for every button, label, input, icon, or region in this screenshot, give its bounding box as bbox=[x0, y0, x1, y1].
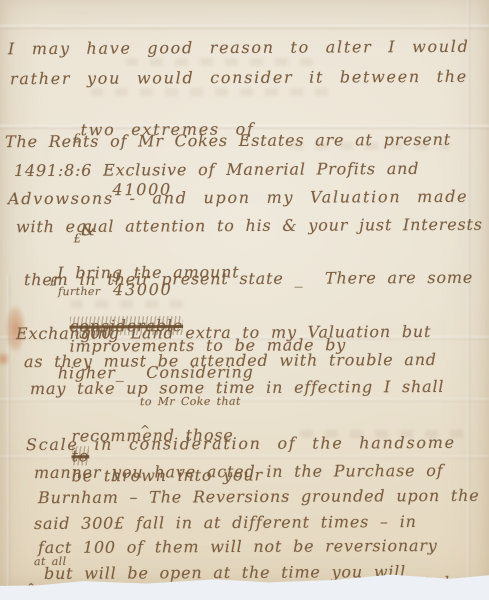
letter-line-20: but will be open at the time you will bbox=[44, 562, 406, 584]
letter-line-6: Advowsons - and upon my Valuation made bbox=[8, 187, 468, 209]
letter-line-18: said 300£ fall in at different times – i… bbox=[34, 512, 417, 534]
letter-line-19: fact 100 of them will not be reversionar… bbox=[38, 536, 438, 558]
letter-line-4: The Rents of Mr Cokes Estates are at pre… bbox=[5, 130, 451, 152]
letter-line-7: with equal attention to his & your just … bbox=[16, 215, 483, 237]
catchword-take: take bbox=[424, 573, 467, 593]
letter-line-2: rather you would consider it between the bbox=[10, 67, 468, 89]
letter-line-5: 1491:8:6 Exclusive of Manerial Profits a… bbox=[14, 159, 419, 181]
letter-line-11: Exchanging Land extra to my Valuation bu… bbox=[16, 322, 431, 344]
paper-crease bbox=[0, 25, 489, 29]
ink-showthrough bbox=[125, 58, 325, 66]
letter-line-1: I may have good reason to alter I would bbox=[8, 37, 470, 59]
letter-line-16: manner you have acted in the Purchase of bbox=[34, 461, 443, 483]
letter-line-17: Burnham – The Reversions grounded upon t… bbox=[38, 486, 480, 508]
letter-page: I may have good reason to alter I would … bbox=[0, 0, 489, 593]
letter-photo: { "meta": { "title": "Handwritten letter… bbox=[0, 0, 489, 600]
letter-line-12: as they must be attended with trouble an… bbox=[24, 350, 437, 372]
insertion-caret: ^ bbox=[26, 578, 37, 598]
ink-showthrough bbox=[90, 88, 340, 96]
letter-line-15: Scale in consideration of the handsome bbox=[26, 433, 456, 455]
